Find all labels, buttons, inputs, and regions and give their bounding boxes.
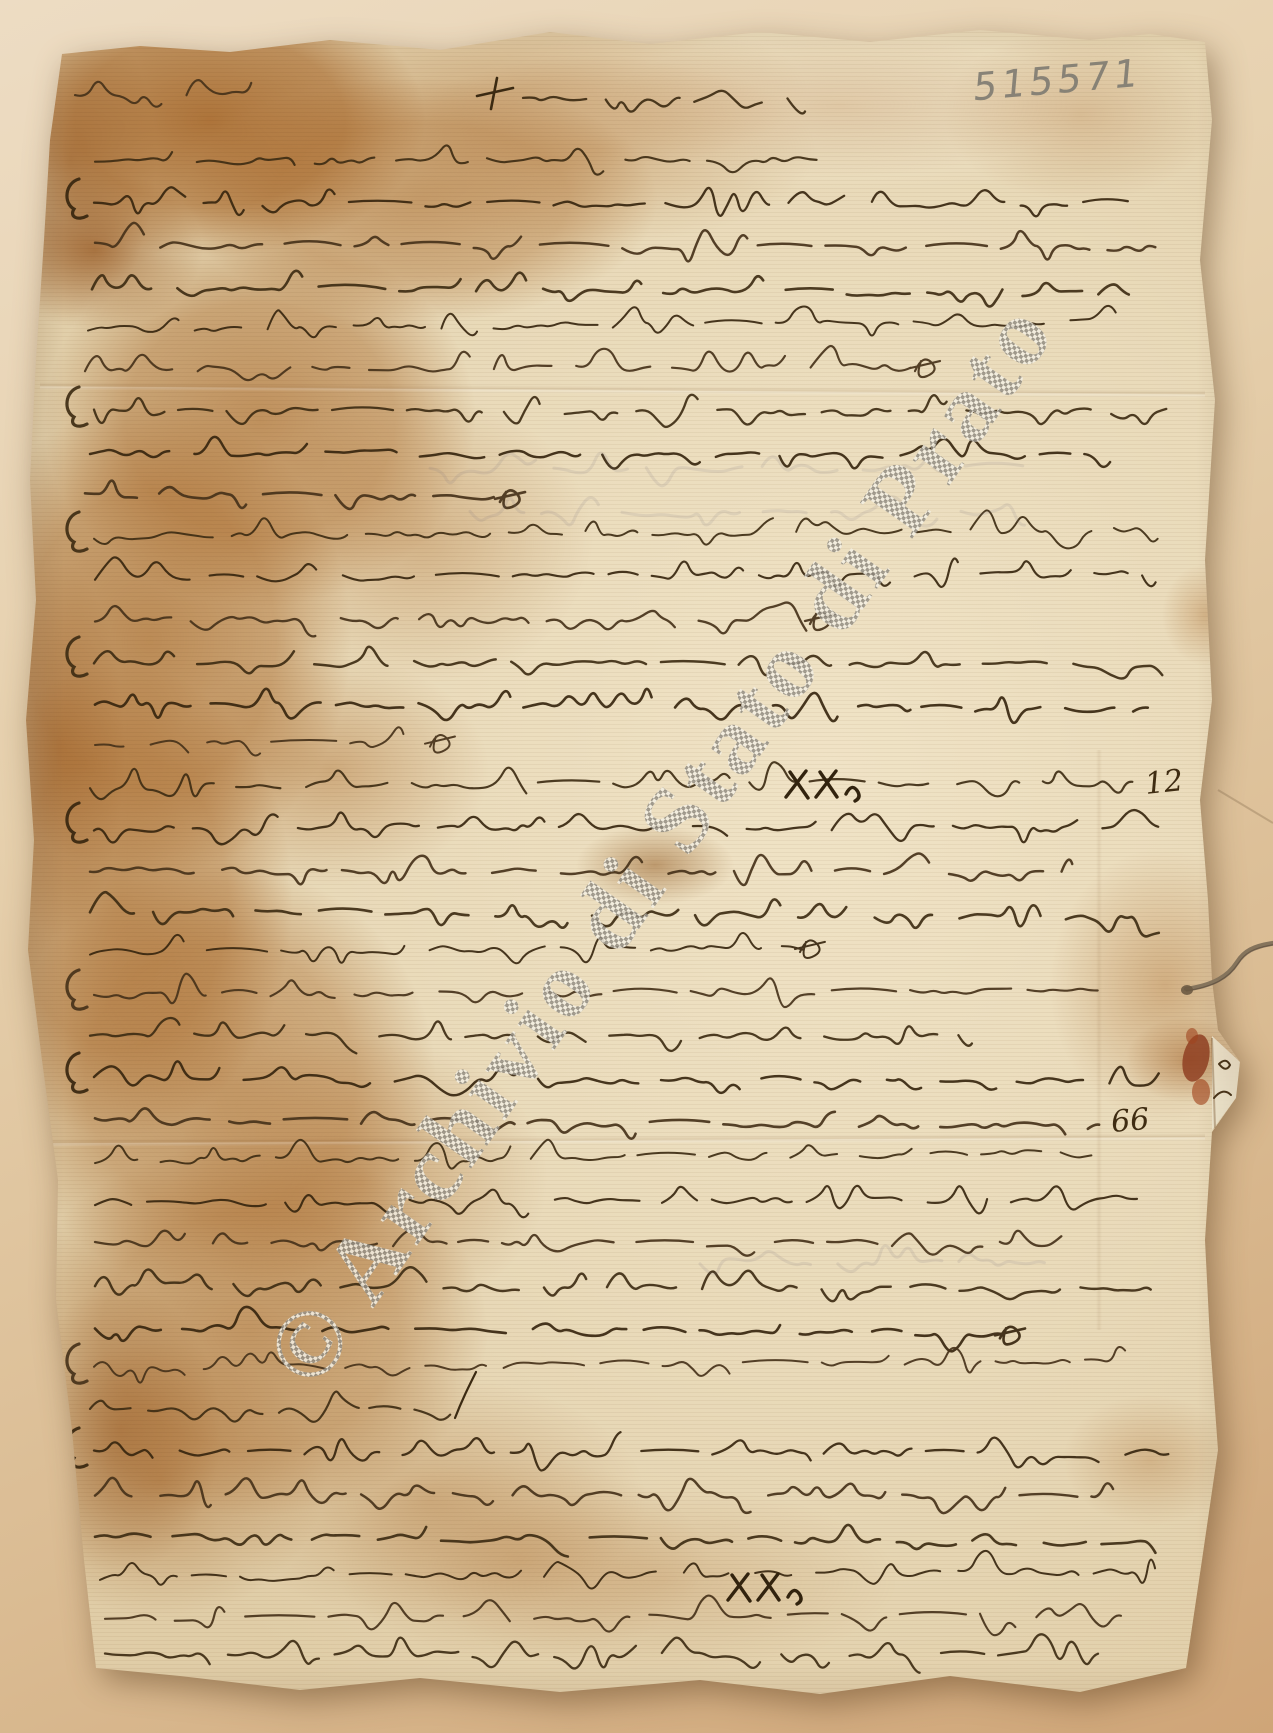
handwriting-lines-group: [67, 80, 1168, 1673]
handwriting-line: [88, 304, 1116, 341]
show-through-ghost-line: [430, 451, 1023, 486]
paper-shadow-wrap: 12 66 © Archivio di Stato di Prato 51557…: [0, 0, 1273, 1733]
handwriting-line: [95, 603, 835, 637]
paragraph-initial: [67, 1428, 87, 1467]
handwriting-line: [95, 144, 817, 176]
inline-number-12: 12: [1143, 763, 1185, 802]
handwriting-line: [92, 269, 1129, 307]
handwriting-line: [90, 1391, 450, 1422]
handwriting-line: [94, 395, 1166, 427]
handwriting-line: [94, 971, 1098, 1010]
invocation-cross-icon: [477, 78, 513, 109]
show-through-ghost-line: [470, 497, 1024, 526]
handwriting-line: [94, 509, 1158, 555]
roman-numeral-xxv-lower: [728, 1574, 801, 1604]
inline-number-66: 66: [1110, 1102, 1151, 1140]
handwriting-line: [85, 480, 525, 510]
handwriting-line: [90, 1018, 972, 1053]
handwriting-line: [95, 1520, 1156, 1561]
handwriting-layer: 12 66: [0, 0, 1273, 1733]
paragraph-initial: [67, 1053, 87, 1092]
handwriting-line: [90, 761, 1133, 799]
handwriting-line: [90, 851, 1072, 887]
handwriting-line: [95, 1185, 1137, 1219]
handwriting-line: [94, 1346, 1125, 1383]
handwriting-line: [105, 1594, 1121, 1638]
handwriting-line: [94, 1432, 1168, 1470]
handwriting-line: [95, 554, 1156, 591]
paragraph-slash-mark: [455, 1372, 476, 1418]
paragraph-initial: [67, 512, 87, 551]
handwriting-line: [100, 1550, 1155, 1592]
handwriting-line: [95, 1134, 1092, 1171]
paragraph-initial: [67, 1344, 87, 1383]
paragraph-initial: [67, 970, 87, 1009]
handwriting-line: [523, 91, 805, 114]
handwriting-line: [85, 346, 940, 381]
paragraph-initial: [67, 179, 87, 218]
show-through-ghost-line: [700, 1245, 1044, 1275]
handwriting-line: [95, 223, 1155, 263]
handwriting-line: [95, 1230, 1061, 1256]
handwriting-line: [94, 810, 1158, 844]
handwriting-line: [94, 1061, 1159, 1098]
handwriting-line: [94, 187, 1128, 216]
handwriting-line: [95, 727, 455, 757]
handwriting-line: [90, 930, 825, 966]
handwriting-line: [95, 685, 1148, 725]
handwriting-line: [75, 80, 251, 107]
manuscript-page: 12 66 © Archivio di Stato di Prato 51557…: [0, 0, 1273, 1733]
handwriting-line: [105, 1634, 1098, 1672]
folded-corner-tab: [1212, 1036, 1240, 1130]
paragraph-initial: [67, 387, 87, 426]
paragraph-initial: [67, 637, 87, 676]
handwriting-line: [95, 1107, 1099, 1142]
handwriting-line: [95, 1477, 1113, 1514]
paragraph-initial: [67, 803, 87, 842]
wax-seal-remnant: [1178, 1028, 1213, 1105]
handwriting-line: [90, 892, 1159, 936]
handwriting-line: [94, 646, 1162, 679]
handwriting-line: [95, 1266, 1151, 1302]
roman-numeral-xxv-upper: [786, 771, 859, 801]
handwriting-line: [95, 1306, 1025, 1352]
